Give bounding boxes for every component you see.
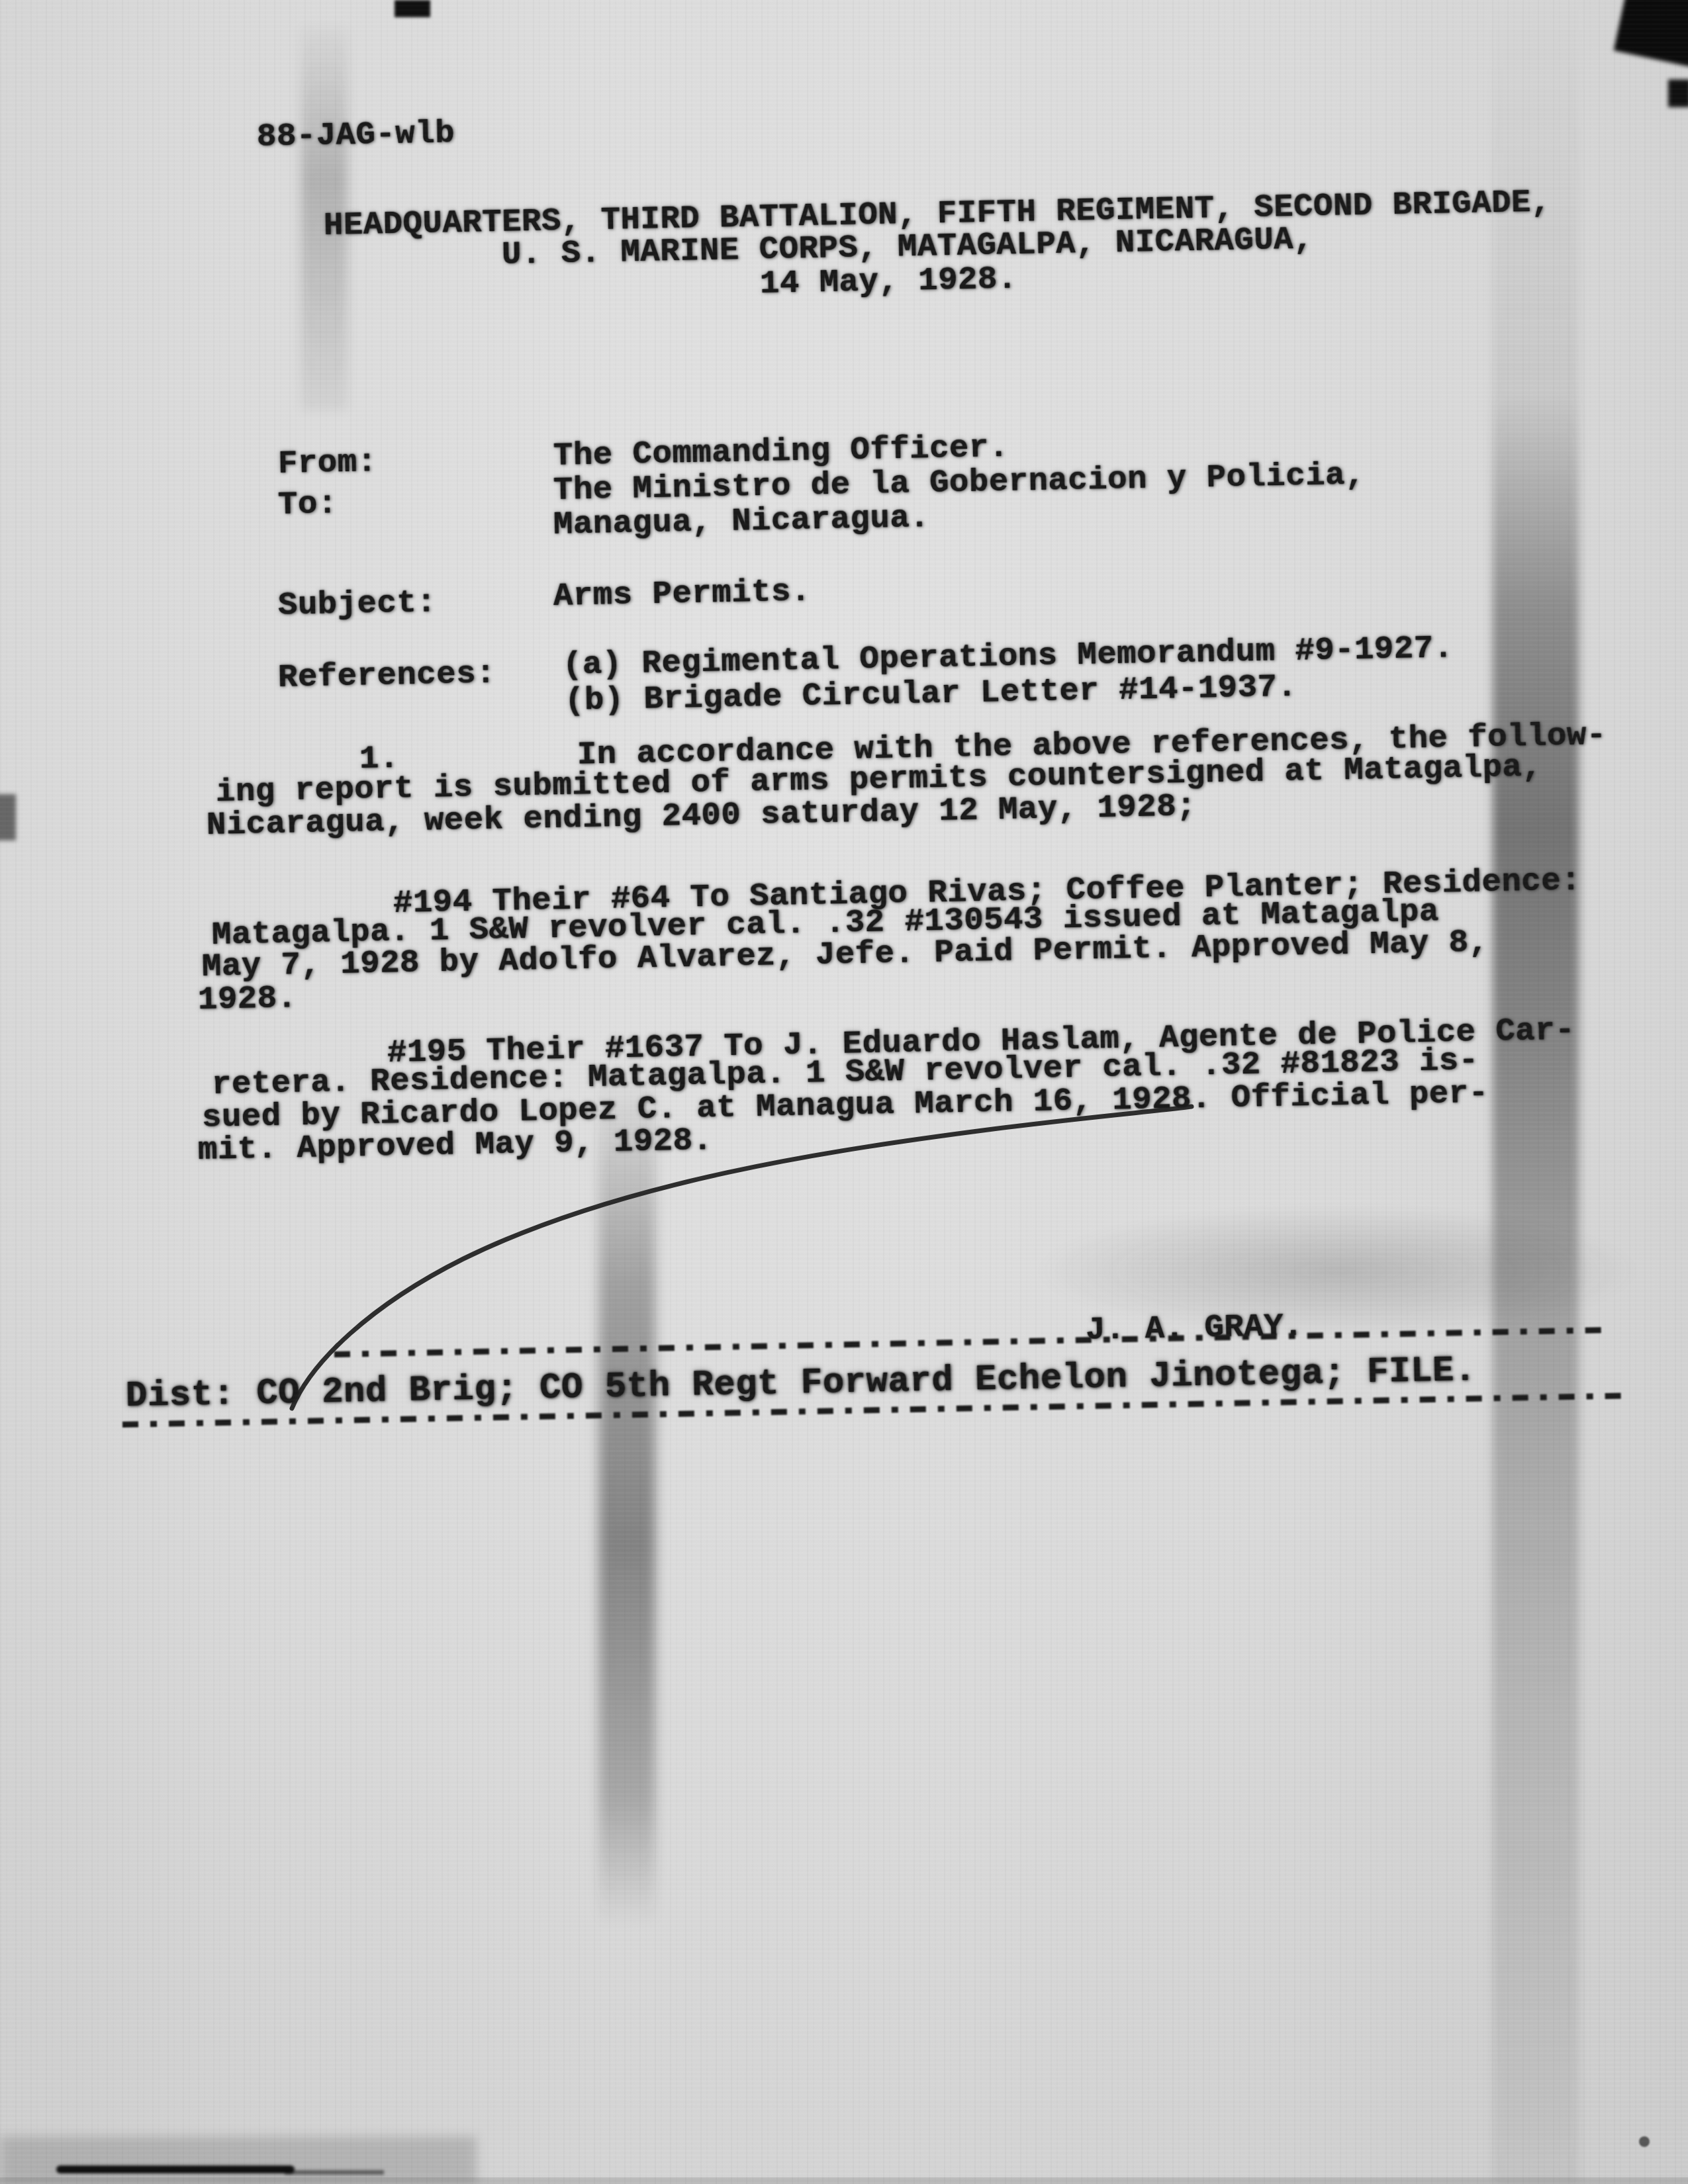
edge-mark-top bbox=[395, 0, 430, 17]
references-label: References: bbox=[278, 657, 496, 696]
bottom-smear bbox=[0, 2136, 477, 2184]
permit-195-line-4: mit. Approved May 9, 1928. bbox=[198, 1124, 713, 1167]
scan-streak-center bbox=[599, 1072, 655, 1926]
edge-mark-left bbox=[0, 794, 16, 841]
from-label: From: bbox=[278, 445, 377, 481]
distribution-line: Dist: CO 2nd Brig; CO 5th Regt Forward E… bbox=[125, 1353, 1476, 1416]
corner-mark-top-right bbox=[1614, 0, 1688, 67]
scan-streak-right bbox=[1493, 0, 1579, 2184]
bottom-right-dot bbox=[1639, 2136, 1650, 2147]
to-label: To: bbox=[278, 487, 338, 522]
bottom-line-mark-2 bbox=[285, 2170, 384, 2175]
permit-194-line-4: 1928. bbox=[198, 981, 297, 1017]
heading-date: 14 May, 1928. bbox=[760, 263, 1018, 302]
to-value-line-2: Managua, Nicaragua. bbox=[553, 501, 930, 542]
document-page: 88-JAG-wlb HEADQUARTERS, THIRD BATTALION… bbox=[0, 0, 1688, 2184]
bottom-line-mark bbox=[56, 2165, 295, 2173]
subject-value: Arms Permits. bbox=[553, 575, 812, 614]
subject-label: Subject: bbox=[278, 586, 437, 623]
file-code: 88-JAG-wlb bbox=[257, 116, 455, 154]
bottom-edge-shadow bbox=[0, 2177, 1688, 2184]
edge-mark-right bbox=[1668, 79, 1688, 107]
